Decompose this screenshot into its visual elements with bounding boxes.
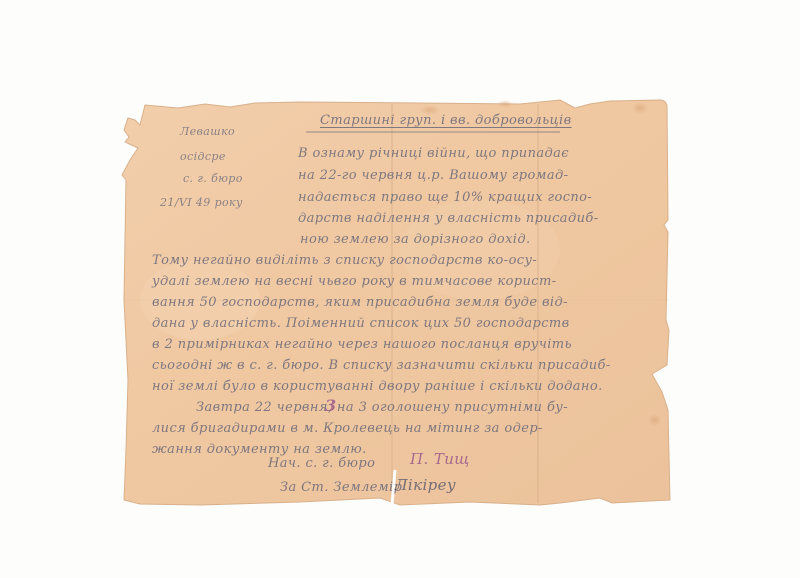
body-line: жання документу на землю. bbox=[152, 442, 367, 457]
margin-note: Левашко bbox=[180, 125, 235, 138]
body-line: В ознаму річниці війни, що припадає bbox=[298, 146, 569, 161]
signatory-title: За Ст. Землемір bbox=[280, 480, 402, 495]
overwritten-mark: 3 bbox=[325, 396, 337, 415]
letter-title: Старшині груп. і вв. добровольців bbox=[320, 113, 572, 128]
body-line: лися бригадирами в м. Кролевець на мітин… bbox=[152, 421, 543, 436]
body-line: Завтра 22 червня, на 3 оголошену присутн… bbox=[196, 400, 568, 415]
signature: Лікіреу bbox=[395, 476, 456, 494]
body-line: в 2 примірниках негайно через нашого пос… bbox=[152, 337, 572, 352]
body-line: дарств наділення у власність присадиб- bbox=[298, 211, 599, 226]
scanned-letter: Левашко осідсре с. г. бюро 21/VI 49 року… bbox=[0, 0, 800, 578]
body-line: ною землею за дорізного дохід. bbox=[300, 232, 531, 247]
signatory-title: Нач. с. г. бюро bbox=[268, 456, 375, 471]
body-line: Тому негайно виділіть з списку господарс… bbox=[152, 253, 537, 268]
margin-note-date: 21/VI 49 року bbox=[160, 196, 243, 209]
body-line: вання 50 господарств, яким присадибна зе… bbox=[152, 295, 568, 310]
body-line: на 22-го червня ц.р. Вашому громад- bbox=[298, 168, 568, 183]
signature: П. Тищ bbox=[410, 450, 470, 468]
body-line: удалі землею на весні чьвго року в тимча… bbox=[152, 274, 557, 289]
margin-note: осідсре bbox=[180, 150, 226, 163]
body-line: надається право ще 10% кращих госпо- bbox=[298, 190, 592, 205]
body-line: сьогодні ж в с. г. бюро. В списку зазнач… bbox=[152, 358, 611, 373]
margin-note: с. г. бюро bbox=[183, 172, 243, 185]
body-line: ної землі було в користуванні двору рані… bbox=[152, 379, 603, 394]
body-line: дана у власність. Поіменний список цих 5… bbox=[152, 316, 570, 331]
